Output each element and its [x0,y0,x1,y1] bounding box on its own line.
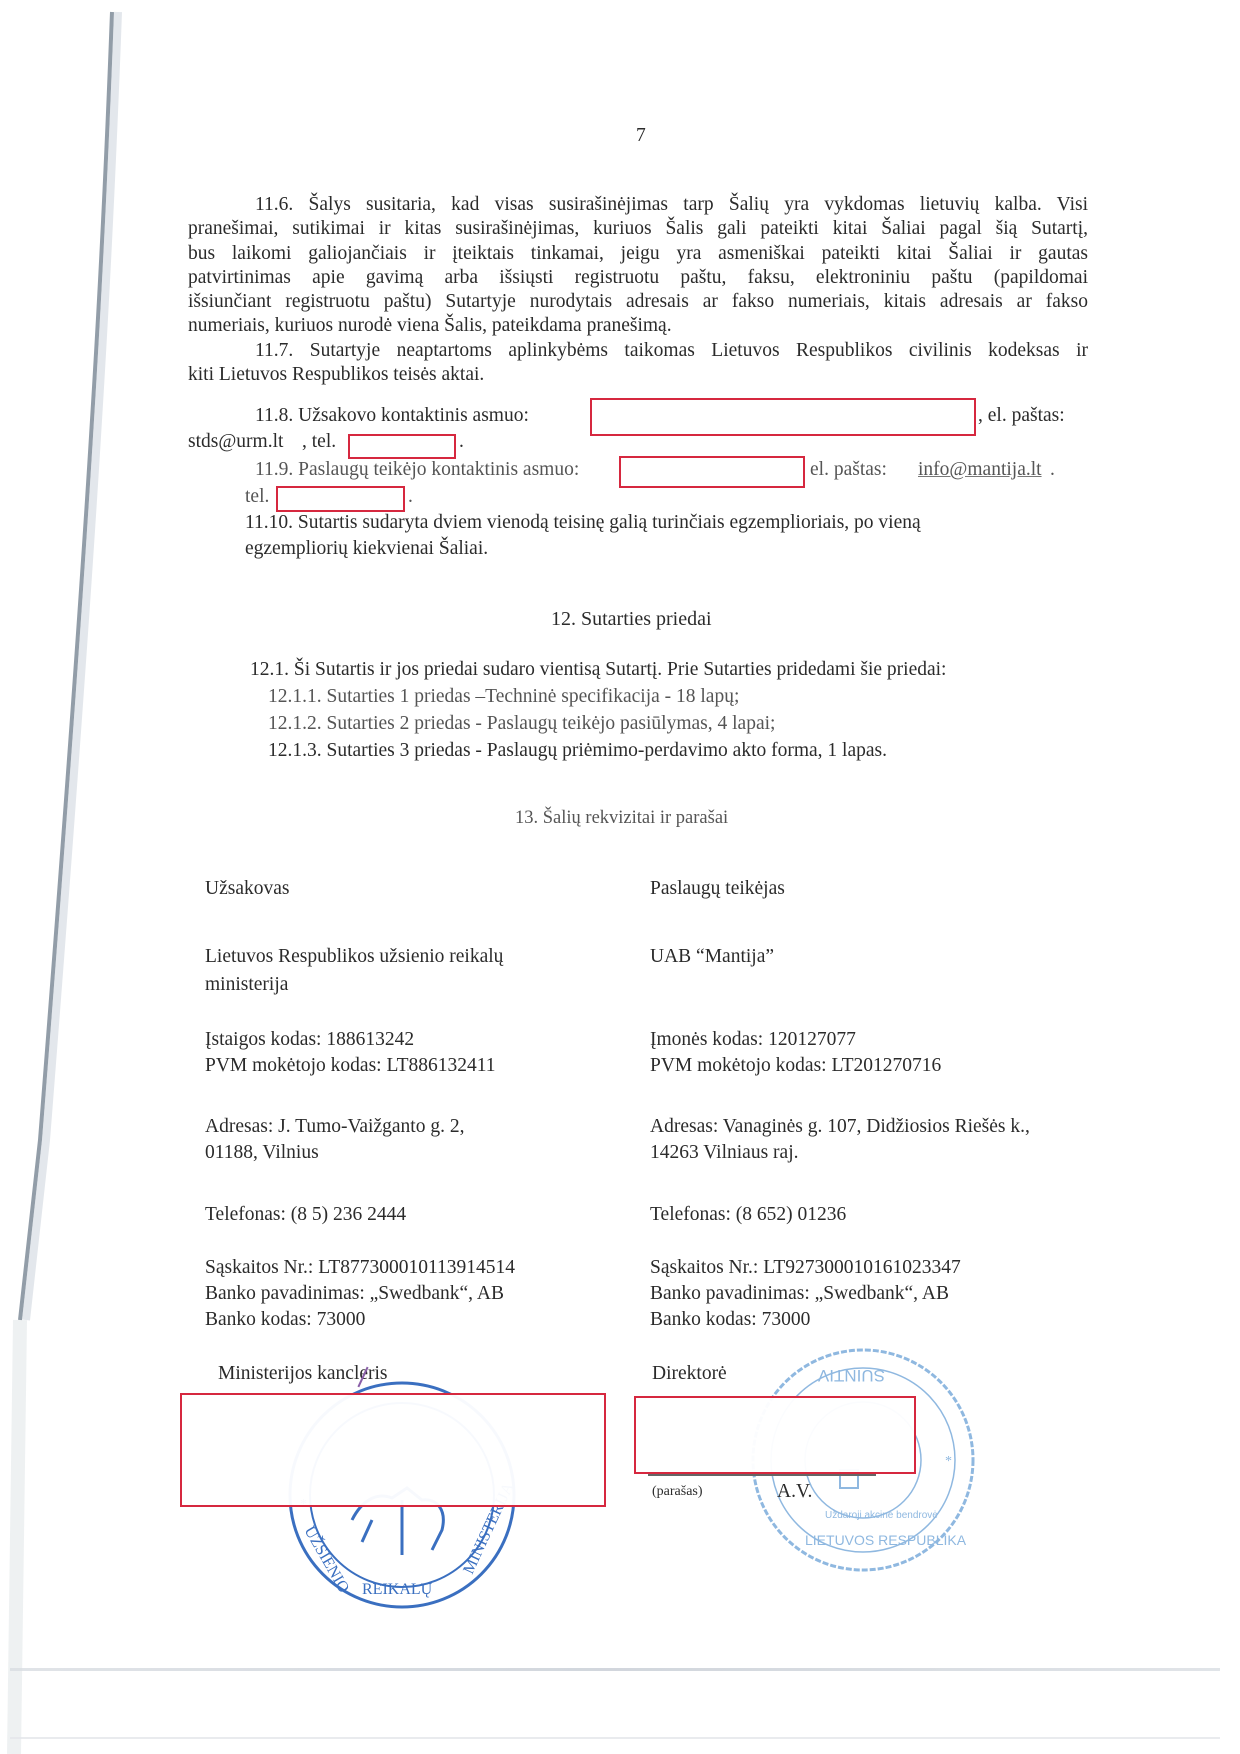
signature-line [648,1474,876,1476]
p-11-10-line-1: 11.10. Sutartis sudaryta dviem vienodą t… [245,511,921,535]
provider-role: Paslaugų teikėjas [650,877,785,901]
p-11-9-tel-label: tel. [245,485,269,509]
p-11-7-line-1: 11.7. Sutartyje neaptartoms aplinkybėms … [188,339,1088,363]
provider-address-line-2: 14263 Vilniaus raj. [650,1141,799,1165]
p-11-8-end: . [459,430,464,454]
customer-address-line-2: 01188, Vilnius [205,1141,319,1165]
svg-text:LIETUVOS RESPUBLIKA: LIETUVOS RESPUBLIKA [805,1532,967,1548]
p-11-8-label: 11.8. Užsakovo kontaktinis asmuo: [255,404,529,428]
provider-bank-name: Banko pavadinimas: „Swedbank“, AB [650,1282,949,1306]
p-11-9-end: . [408,485,413,509]
customer-address-line-1: Adresas: J. Tumo-Vaižganto g. 2, [205,1115,464,1139]
scan-shadow-bottom [10,1668,1220,1671]
provider-email-link[interactable]: info@mantija.lt [918,458,1042,482]
p-11-9-email-label: el. paštas: [810,458,887,482]
scan-shadow-bottom-2 [10,1737,1220,1739]
provider-phone: Telefonas: (8 652) 01236 [650,1203,846,1227]
customer-account: Sąskaitos Nr.: LT877300010113914514 [205,1256,515,1280]
paragraph-11-7: 11.7. Sutartyje neaptartoms aplinkybėms … [188,339,1088,388]
p-11-8-tel-label: , tel. [302,430,336,454]
p-11-6-line-4: patvirtinimas apie gavimą arba išsiųsti … [188,266,1088,290]
p-11-6-line-1: 11.6. Šalys susitaria, kad visas susiraš… [188,193,1088,217]
svg-text:Uždaroji akcinė bendrovė: Uždaroji akcinė bendrovė [825,1510,938,1521]
provider-address-line-1: Adresas: Vanaginės g. 107, Didžiosios Ri… [650,1115,1030,1139]
redacted-customer-contact-name [590,398,976,436]
redacted-customer-signature [180,1393,606,1507]
redacted-provider-signature [634,1396,916,1474]
provider-bank-code: Banko kodas: 73000 [650,1308,810,1332]
section-13-heading: 13. Šalių rekvizitai ir parašai [515,806,728,830]
p-11-8-email-label: , el. paštas: [978,404,1065,428]
paragraph-11-6: 11.6. Šalys susitaria, kad visas susiraš… [188,193,1088,339]
provider-code: Įmonės kodas: 120127077 [650,1028,856,1052]
p-11-7-line-2: kiti Lietuvos Respublikos teisės aktai. [188,363,1088,387]
p-11-9-label: 11.9. Paslaugų teikėjo kontaktinis asmuo… [255,458,579,482]
page-number: 7 [636,124,646,148]
svg-text:SUINTIV: SUINTIV [817,1366,885,1385]
seal-mark: A.V. [777,1480,812,1504]
svg-text:*: * [945,1454,952,1469]
annex-item-3: 12.1.3. Sutarties 3 priedas - Paslaugų p… [268,739,887,763]
scan-shadow-left [0,0,140,1754]
customer-phone: Telefonas: (8 5) 236 2444 [205,1203,406,1227]
p-11-10-line-2: egzempliorių kiekvienai Šaliai. [245,537,488,561]
customer-bank-code: Banko kodas: 73000 [205,1308,365,1332]
p-11-6-line-6: numeriais, kuriuos nurodė viena Šalis, p… [188,314,1088,338]
signature-caption: (parašas) [652,1480,703,1504]
svg-text:REIKALŲ: REIKALŲ [362,1581,433,1598]
section-12-heading: 12. Sutarties priedai [551,607,712,631]
redacted-provider-phone [276,486,405,512]
annex-item-1: 12.1.1. Sutarties 1 priedas –Techninė sp… [268,685,739,709]
customer-code: Įstaigos kodas: 188613242 [205,1028,414,1052]
redacted-customer-phone [348,434,456,459]
customer-role: Užsakovas [205,877,289,901]
p-11-6-line-2: pranešimai, sutikimai ir kitas susirašin… [188,217,1088,241]
redacted-provider-contact-name [619,456,805,488]
customer-vat: PVM mokėtojo kodas: LT886132411 [205,1054,496,1078]
customer-email: stds@urm.lt [188,430,283,454]
p-11-6-line-5: išsiunčiant registruotu paštu) Sutartyje… [188,290,1088,314]
p-11-6-line-3: bus laikomi galiojančiais ir įteiktais t… [188,242,1088,266]
customer-name-line-1: Lietuvos Respublikos užsienio reikalų [205,945,503,969]
provider-vat: PVM mokėtojo kodas: LT201270716 [650,1054,941,1078]
annex-item-2: 12.1.2. Sutarties 2 priedas - Paslaugų t… [268,712,775,736]
customer-name-line-2: ministerija [205,973,288,997]
provider-name: UAB “Mantija” [650,945,774,969]
section-12-intro: 12.1. Ši Sutartis ir jos priedai sudaro … [250,658,946,682]
provider-signatory-title: Direktorė [652,1362,727,1386]
p-11-9-email-end: . [1050,458,1055,482]
provider-account: Sąskaitos Nr.: LT927300010161023347 [650,1256,961,1280]
customer-bank-name: Banko pavadinimas: „Swedbank“, AB [205,1282,504,1306]
